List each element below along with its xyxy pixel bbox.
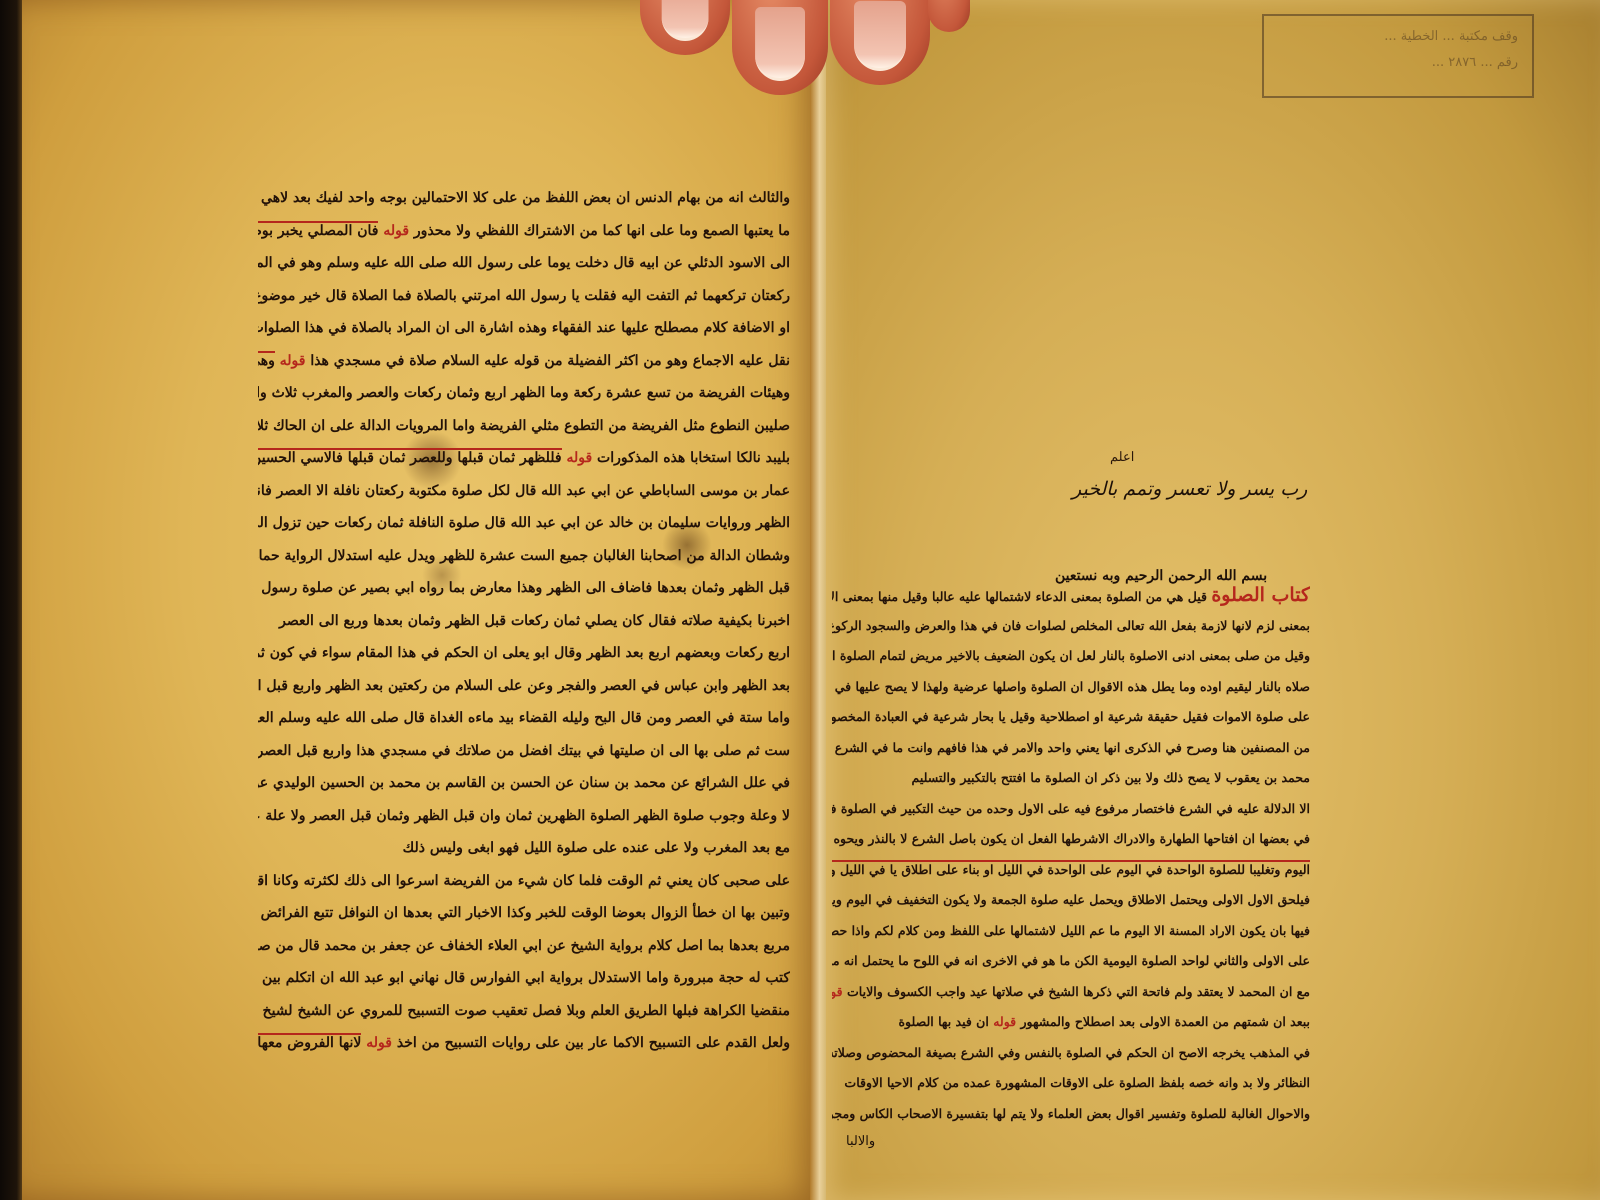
- library-stamp: وقف مكتبة ... الخطية ... رقم ... ٢٨٧٦ ..…: [1262, 14, 1534, 98]
- dark-background-edge: [0, 0, 24, 1200]
- line-text: ببعد ان شمتهم من العمدة الاولى بعد اصطلا…: [1021, 1014, 1310, 1029]
- text-line: وقيل من صلى بمعنى ادنى الاصلوة بالنار لع…: [832, 641, 1310, 672]
- text-line: وهيئات الفريضة من تسع عشرة ركعة وما الظه…: [258, 377, 790, 410]
- line-text: قيل هي من الصلوة بمعنى الدعاء لاشتمالها …: [832, 589, 1207, 604]
- finger: [928, 0, 970, 32]
- text-line: صليبن النطوع مثل الفريضة من التطوع مثلي …: [258, 410, 790, 443]
- text-line: في علل الشرائع عن محمد بن سنان عن الحسن …: [258, 767, 790, 800]
- text-line: على صحبى كان يعني ثم الوقت فلما كان شيء …: [258, 865, 790, 898]
- line-text: نقل عليه الاجماع وهو من اكثر الفضيلة من …: [310, 353, 790, 369]
- text-line: والثالث انه من بهام الدنس ان بعض اللفظ م…: [258, 182, 790, 215]
- text-line: الظهر وروايات سليمان بن خالد عن ابي عبد …: [258, 507, 790, 540]
- rubric-qawluhu: قوله: [383, 223, 409, 239]
- text-line: او الاضافة كلام مصطلح عليها عند الفقهاء …: [258, 312, 790, 345]
- manuscript-photo: وقف مكتبة ... الخطية ... رقم ... ٢٨٧٦ ..…: [0, 0, 1600, 1200]
- line-text: اليوم وتغليبا للصلوة الواحدة في اليوم عل…: [832, 860, 1310, 877]
- text-line: مع ان المحمد لا يعتقد ولم فاتحة التي ذكر…: [832, 977, 1310, 1008]
- finger: [732, 0, 828, 95]
- text-line: مربع بعدها بما اصل كلام برواية الشيخ عن …: [258, 930, 790, 963]
- text-line: على صلوة الاموات فقيل حقيقة شرعية او اصط…: [832, 702, 1310, 733]
- text-line: في المذهب يخرجه الاصح ان الحكم في الصلوة…: [832, 1038, 1310, 1069]
- hand-holding-page: [640, 0, 970, 100]
- text-line: وشطان الدالة من اصحابنا الغالبان جميع ال…: [258, 540, 790, 573]
- text-line: فيلحق الاول الاولى ويحتمل الاطلاق ويحمل …: [832, 885, 1310, 916]
- text-line: نقل عليه الاجماع وهو من اكثر الفضيلة من …: [258, 345, 790, 378]
- text-line: فيها بان يكون الاراد المسنة الا اليوم ما…: [832, 916, 1310, 947]
- rubric-overlined: لانها الفروض معها وتجعل: [258, 1033, 361, 1051]
- text-line: بمعنى لزم لانها لازمة بفعل الله تعالى ال…: [832, 611, 1310, 642]
- top-note: اعلم: [1110, 450, 1134, 465]
- text-line: اربع ركعات وبعضهم اربع بعد الظهر وقال اب…: [258, 637, 790, 670]
- line-text: بليبد نالكا استخابا هذه المذكورات: [597, 450, 790, 466]
- rubric-overlined: وهي عشر: [258, 351, 275, 369]
- text-line: لا وعلة وجوب صلوة الظهر الصلوة الظهرين ث…: [258, 800, 790, 833]
- stamp-line-1: وقف مكتبة ... الخطية ...: [1278, 24, 1518, 50]
- line-text: وتبين بها ان خطأ الزوال بعوضا الوقت للخب…: [261, 905, 790, 921]
- right-page-text: كتاب الصلوة قيل هي من الصلوة بمعنى الدعا…: [832, 580, 1310, 1129]
- line-tail: ان فيد بها الصلوة: [899, 1014, 989, 1029]
- text-line: بليبد نالكا استخابا هذه المذكورات قوله ف…: [258, 442, 790, 475]
- text-line: واما ستة في العصر ومن قال البح وليله الق…: [258, 702, 790, 735]
- finger: [830, 0, 930, 85]
- text-line: الى الاسود الدئلي عن ابيه قال دخلت يوما …: [258, 247, 790, 280]
- text-line: اليوم وتغليبا للصلوة الواحدة في اليوم عل…: [832, 855, 1310, 886]
- left-page-text: والثالث انه من بهام الدنس ان بعض اللفظ م…: [258, 182, 790, 1060]
- header-invocation: رب يسر ولا تعسر وتمم بالخير: [1072, 478, 1307, 500]
- catchword: والالبا: [846, 1134, 875, 1149]
- text-line: النظائر ولا بد وانه خصه بلفظ الصلوة على …: [832, 1068, 1310, 1099]
- chapter-title: كتاب الصلوة: [1211, 584, 1310, 606]
- text-line: الا الدلالة عليه في الشرع فاختصار مرفوع …: [832, 794, 1310, 825]
- rubric-qawluhu: قوله: [280, 353, 306, 369]
- text-line: ست ثم صلى بها الى ان صليتها في بيتك افضل…: [258, 735, 790, 768]
- text-line: محمد بن يعقوب لا يصح ذلك ولا بين ذكر ان …: [832, 763, 1310, 794]
- rubric-qawluhu: قوله: [566, 450, 592, 466]
- text-line: منقضيا الكراهة فبلها الطريق العلم وبلا ف…: [258, 995, 790, 1028]
- rubric-overlined: فللظهر ثمان قبلها وللعصر ثمان قبلها فالا…: [258, 448, 562, 466]
- line-text: مع ان المحمد لا يعتقد ولم فاتحة التي ذكر…: [847, 984, 1310, 999]
- text-line: على الاولى والثاني لواحد الصلوة اليومية …: [832, 946, 1310, 977]
- rubric-qawluhu: قوله: [366, 1035, 392, 1051]
- fingernail: [755, 7, 805, 81]
- text-line: مع بعد المغرب ولا على عنده على صلوة اللي…: [258, 832, 790, 865]
- rubric-qawluhu: قوله: [993, 1014, 1016, 1029]
- text-line-with-title: كتاب الصلوة قيل هي من الصلوة بمعنى الدعا…: [832, 580, 1310, 611]
- line-text: في بعضها ان افتاحها الطهارة والادراك الا…: [832, 831, 1310, 846]
- line-text: والثالث انه من بهام الدنس ان بعض اللفظ م…: [258, 190, 790, 206]
- text-line: ببعد ان شمتهم من العمدة الاولى بعد اصطلا…: [832, 1007, 1310, 1038]
- text-line: صلاه بالنار ليقيم اوده وما يطل هذه الاقو…: [832, 672, 1310, 703]
- text-line: بعد الظهر وابن عباس في العصر والفجر وعن …: [258, 670, 790, 703]
- text-line: من المصنفين هنا وصرح في الذكرى انها يعني…: [832, 733, 1310, 764]
- text-line: في بعضها ان افتاحها الطهارة والادراك الا…: [832, 824, 1310, 855]
- text-line: وتبين بها ان خطأ الزوال بعوضا الوقت للخب…: [258, 897, 790, 930]
- rubric-qawluhu: قوله: [832, 984, 843, 999]
- finger: [640, 0, 730, 55]
- text-line: ركعتان تركعهما ثم التفت اليه فقلت يا رسو…: [258, 280, 790, 313]
- fingernail: [662, 0, 709, 41]
- book-gutter: [810, 0, 826, 1200]
- line-text: ولعل القدم على التسبيح الاكما عار بين عل…: [397, 1035, 790, 1051]
- fingernail: [854, 1, 906, 71]
- text-line: كتب له حجة مبرورة واما الاستدلال برواية …: [258, 962, 790, 995]
- stamp-line-2: رقم ... ٢٨٧٦ ...: [1278, 50, 1518, 76]
- text-line: عمار بن موسى الساباطي عن ابي عبد الله قا…: [258, 475, 790, 508]
- text-line: ما يعتبها الصمع وما على انها كما من الاش…: [258, 215, 790, 248]
- text-line: قبل الظهر وثمان بعدها فاضاف الى الظهر وه…: [258, 572, 790, 605]
- rubric-overlined: فان المصلي يخبر بوضع صفاته من نظر المروي…: [258, 221, 378, 239]
- line-text: ما يعتبها الصمع وما على انها كما من الاش…: [414, 223, 790, 239]
- text-line: ولعل القدم على التسبيح الاكما عار بين عل…: [258, 1027, 790, 1060]
- text-line: والاحوال الغالبة للصلوة وتفسير اقوال بعض…: [832, 1099, 1310, 1130]
- text-line: اخبرنا بكيفية صلاته فقال كان يصلي ثمان ر…: [258, 605, 790, 638]
